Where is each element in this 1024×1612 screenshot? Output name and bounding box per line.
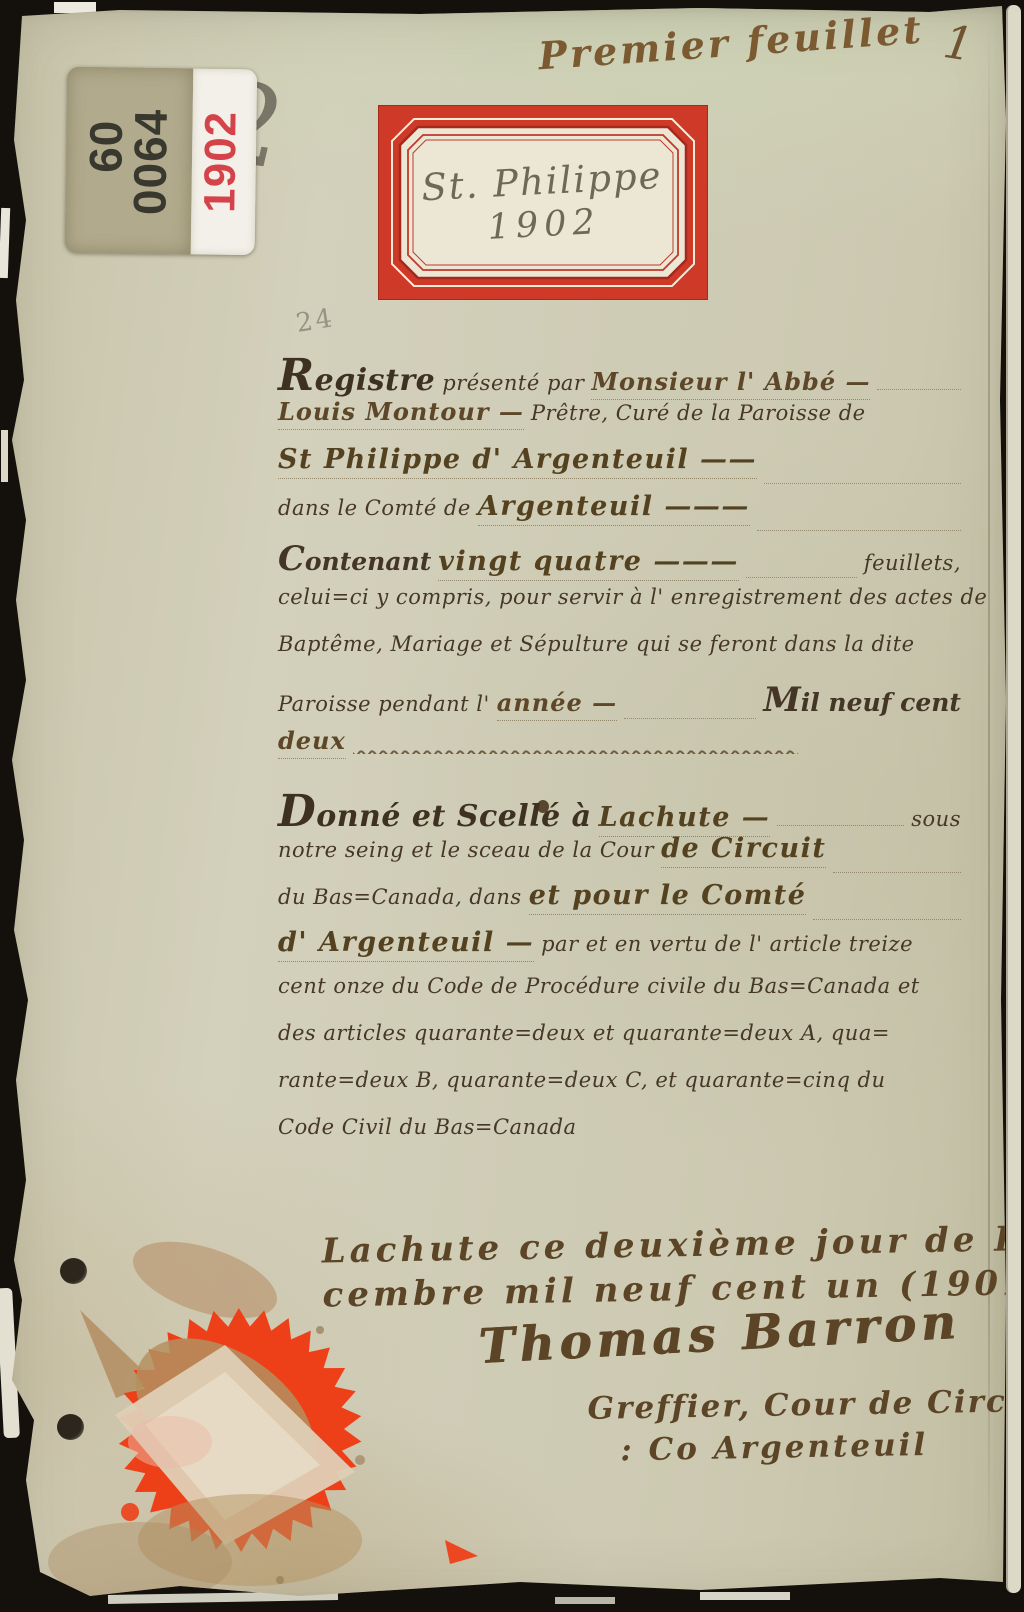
punch-hole (60, 1258, 87, 1284)
parish-title-label: St. Philippe 1902 (378, 105, 708, 300)
document-line: des articles quarante=deux et quarante=d… (278, 1021, 968, 1068)
text-segment: vingt quatre ——— (438, 546, 739, 581)
register-page: 2 60 0064 1902 St. Philippe 1902 Premier… (0, 0, 1024, 1612)
clerk-role: Greffier, Cour de Circuit (587, 1383, 1024, 1427)
text-segment: Mil neuf cent (763, 679, 961, 719)
text-segment: Argenteuil ——— (478, 491, 750, 526)
archival-sticker: 60 0064 1902 (65, 67, 258, 256)
text-segment: Lachute — (599, 802, 771, 837)
ruled-line (764, 483, 961, 484)
document-line: deux (278, 726, 968, 773)
document-line: rante=deux B, quarante=deux C, et quaran… (278, 1068, 968, 1115)
pencil-note: 24 (294, 303, 337, 339)
parish-year: 1902 (487, 202, 602, 248)
document-line: Louis Montour —Prêtre, Curé de la Parois… (278, 397, 968, 444)
text-segment: rante=deux B, quarante=deux C, et quaran… (278, 1068, 886, 1092)
text-segment: par et en vertu de l' article treize (541, 932, 913, 956)
page-edge-sliver (700, 1592, 790, 1600)
document-line: notre seing et le sceau de la Courde Cir… (278, 833, 968, 880)
document-line: Registreprésenté parMonsieur l' Abbé — (278, 350, 968, 397)
document-line: celui=ci y compris, pour servir à l' enr… (278, 585, 968, 632)
ruled-line (833, 872, 961, 873)
page-crease (988, 20, 990, 1565)
document-line: cent onze du Code de Procédure civile du… (278, 974, 968, 1021)
document-line: d' Argenteuil —par et en vertu de l' art… (278, 927, 968, 974)
text-segment: deux (278, 726, 346, 759)
text-segment: notre seing et le sceau de la Cour (278, 838, 654, 862)
text-segment: d' Argenteuil — (278, 927, 534, 962)
ruled-line (624, 718, 756, 719)
document-line: St Philippe d' Argenteuil —— (278, 444, 968, 491)
book-page-edge (1006, 5, 1021, 1593)
text-segment: feuillets, (864, 551, 961, 575)
page-edge-sliver (1, 430, 8, 482)
document-line: dans le Comté deArgenteuil ——— (278, 491, 968, 538)
document-line: Donné et Scellé àLachute —sous (278, 786, 968, 833)
page-edge-sliver (54, 2, 96, 13)
text-segment: des articles quarante=deux et quarante=d… (278, 1021, 890, 1045)
ruled-line (353, 730, 961, 754)
ruled-line (777, 825, 904, 826)
parish-name: St. Philippe (420, 154, 663, 210)
parish-title-text: St. Philippe 1902 (405, 128, 682, 277)
page-number: 1 (940, 14, 977, 72)
ruled-line (877, 389, 961, 390)
ruled-line (757, 530, 961, 531)
text-segment: dans le Comté de (278, 496, 471, 520)
text-segment: sous (911, 807, 961, 831)
text-segment: présenté par (442, 371, 584, 395)
text-segment: Monsieur l' Abbé — (591, 367, 870, 400)
ink-blot (537, 800, 549, 813)
text-segment: Registre (278, 350, 435, 401)
text-segment: Code Civil du Bas=Canada (278, 1115, 577, 1139)
text-segment: Paroisse pendant l' (278, 692, 490, 716)
page-edge-sliver (0, 208, 10, 278)
text-segment: année — (497, 688, 617, 721)
document-line: Contenantvingt quatre ———feuillets, (278, 538, 968, 585)
notarial-seal (20, 1210, 490, 1612)
archival-year: 1902 (195, 111, 246, 214)
header-note: Premier feuillet (537, 7, 925, 79)
ruled-line (813, 919, 961, 920)
text-segment: de Circuit (661, 833, 826, 868)
text-segment: Prêtre, Curé de la Paroisse de (531, 401, 866, 425)
document-line: du Bas=Canada, danset pour le Comté (278, 880, 968, 927)
seal-art (20, 1210, 490, 1612)
document-line: Baptême, Mariage et Sépulture qui se fer… (278, 632, 968, 679)
document-line: Paroisse pendant l'année —Mil neuf cent (278, 679, 968, 726)
text-segment: celui=ci y compris, pour servir à l' enr… (278, 585, 987, 609)
closing-block: Lachute ce deuxième jour de Dé— cembre m… (0, 0, 1024, 9)
clerk-place: : Co Argenteuil (620, 1427, 928, 1468)
archival-code-line2: 0064 (122, 108, 177, 215)
document-lines: Registreprésenté parMonsieur l' Abbé —Lo… (278, 350, 968, 1162)
punch-hole (57, 1414, 84, 1440)
document-line: Code Civil du Bas=Canada (278, 1115, 968, 1162)
text-segment: St Philippe d' Argenteuil —— (278, 444, 757, 479)
text-segment: et pour le Comté (529, 880, 807, 915)
page-edge-sliver (555, 1597, 615, 1604)
text-segment: Baptême, Mariage et Sépulture qui se fer… (278, 632, 915, 656)
text-segment: du Bas=Canada, dans (278, 885, 522, 909)
text-segment: Contenant (278, 538, 431, 578)
text-segment: Louis Montour — (278, 397, 524, 430)
text-segment: cent onze du Code de Procédure civile du… (278, 974, 920, 998)
ruled-line (746, 577, 857, 578)
